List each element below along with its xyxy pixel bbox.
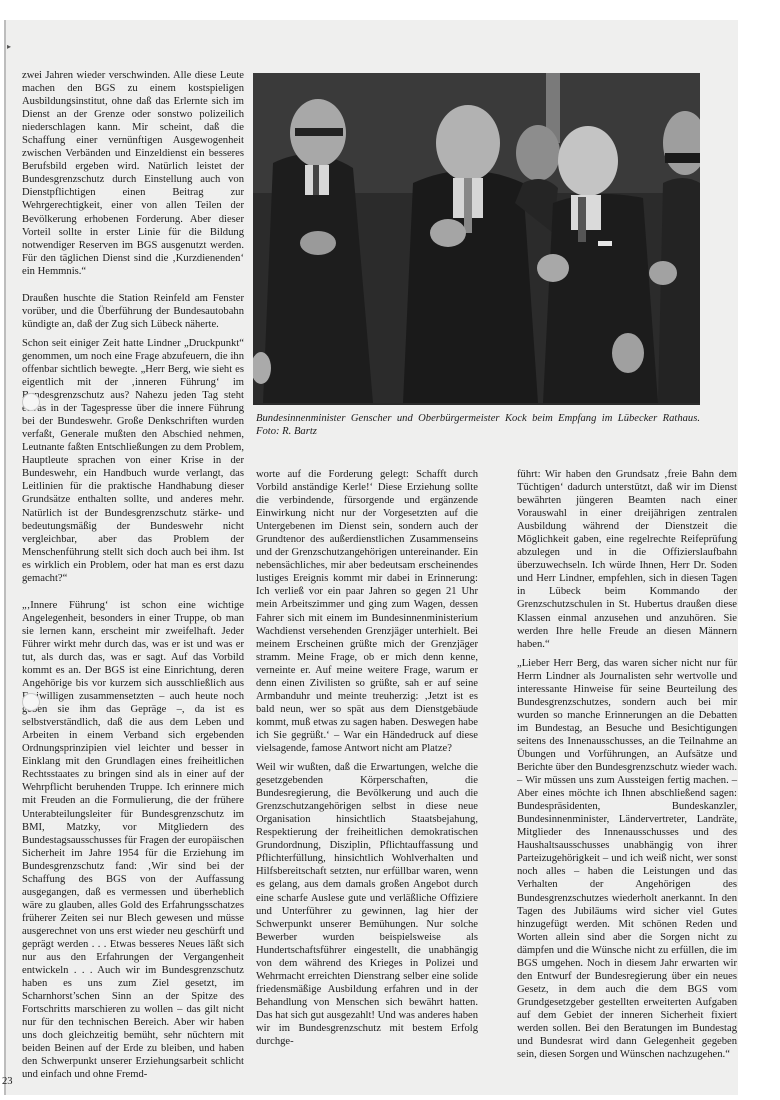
reception-photo — [253, 73, 700, 405]
paragraph: Draußen huschte die Station Reinfeld am … — [22, 292, 244, 331]
punch-hole — [22, 693, 40, 711]
paragraph: „Lieber Herr Berg, das waren sicher nich… — [517, 657, 737, 1061]
paragraph: Schon seit einiger Zeit hatte Lindner „D… — [22, 337, 244, 585]
photo-illustration — [253, 73, 700, 405]
text-column-right: führt: Wir haben den Grundsatz ‚freie Ba… — [517, 468, 737, 1067]
paragraph: führt: Wir haben den Grundsatz ‚freie Ba… — [517, 468, 737, 651]
page-number: 23 — [2, 1076, 13, 1087]
text-column-left: zwei Jahren wieder verschwinden. Alle di… — [22, 69, 244, 1088]
punch-hole — [22, 393, 40, 411]
photo-caption: Bundesinnenminister Genscher und Oberbür… — [256, 412, 700, 438]
paragraph: „‚Innere Führung‘ ist schon eine wichtig… — [22, 599, 244, 1082]
paragraph: Weil wir wußten, daß die Erwartungen, we… — [256, 761, 478, 1048]
paragraph: worte auf die Forderung gelegt: Schafft … — [256, 468, 478, 755]
page-corner-mark: ▸ — [7, 42, 11, 51]
paragraph: zwei Jahren wieder verschwinden. Alle di… — [22, 69, 244, 278]
text-column-middle: worte auf die Forderung gelegt: Schafft … — [256, 468, 478, 1054]
